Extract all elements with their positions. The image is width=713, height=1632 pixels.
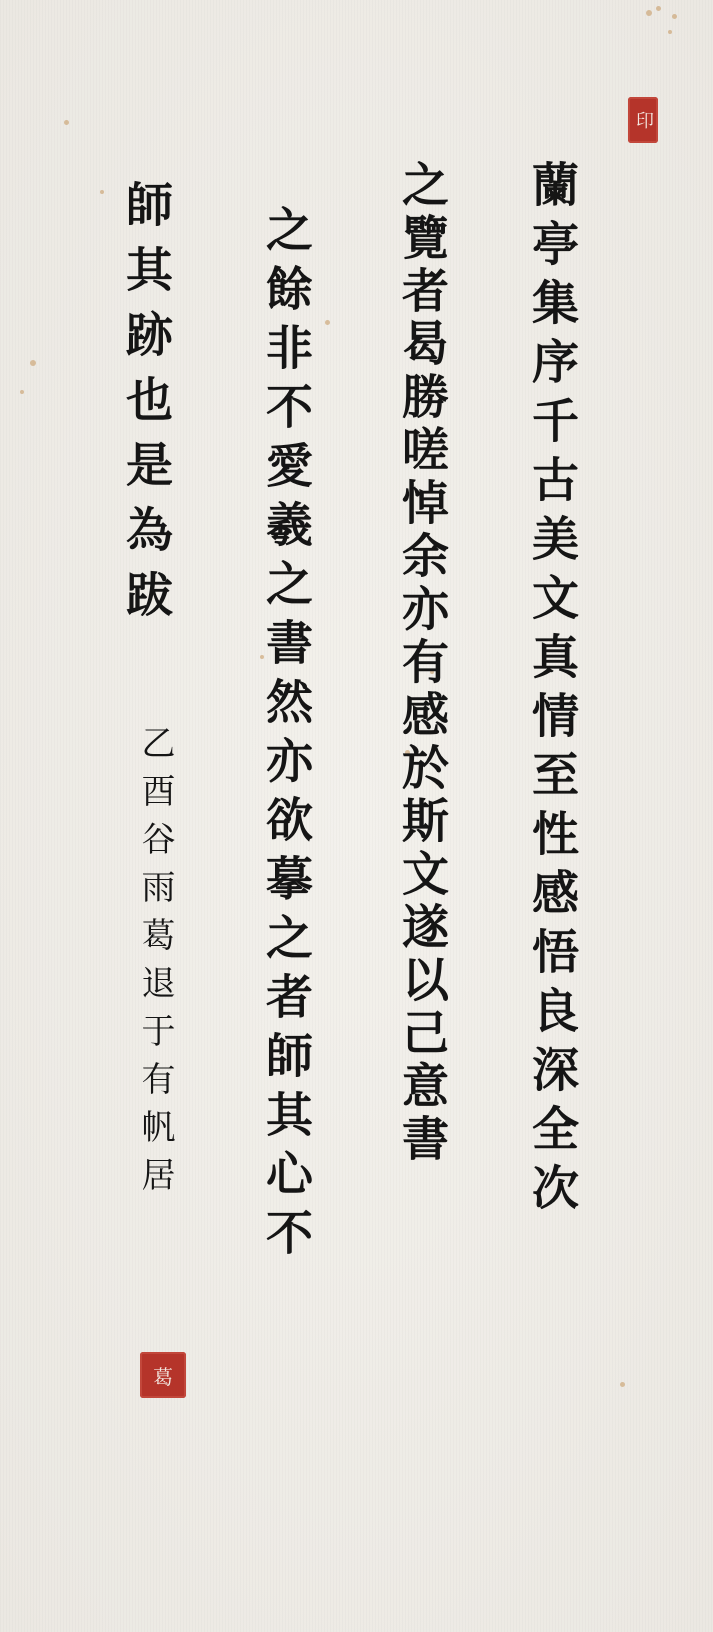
foxing-spot <box>620 1382 625 1387</box>
foxing-spot <box>668 30 672 34</box>
text-column-3: 之餘非不愛羲之書然亦欲摹之者師其心不 <box>262 205 309 1267</box>
artist-name-seal: 葛 <box>140 1352 186 1398</box>
leading-seal-glyph: 印 <box>630 111 656 129</box>
artist-name-seal-glyph: 葛 <box>153 1361 173 1390</box>
foxing-spot <box>672 14 677 19</box>
foxing-spot <box>100 190 104 194</box>
text-column-4: 師其跡也是為跋 <box>122 180 169 635</box>
text-column-2: 之覽者曷勝嗟悼余亦有感於斯文遂以己意書 <box>398 160 445 1167</box>
foxing-spot <box>64 120 69 125</box>
foxing-spot <box>20 390 24 394</box>
foxing-spot <box>656 6 661 11</box>
calligraphy-scroll: 印 蘭亭集序千古美文真情至性感悟良深全次 之覽者曷勝嗟悼余亦有感於斯文遂以己意書… <box>0 0 713 1632</box>
foxing-spot <box>325 320 330 325</box>
leading-seal: 印 <box>628 97 658 143</box>
foxing-spot <box>646 10 652 16</box>
foxing-spot <box>30 360 36 366</box>
text-column-1: 蘭亭集序千古美文真情至性感悟良深全次 <box>528 160 575 1222</box>
signature-inscription: 乙酉谷雨葛退于有帆居 <box>138 725 172 1205</box>
